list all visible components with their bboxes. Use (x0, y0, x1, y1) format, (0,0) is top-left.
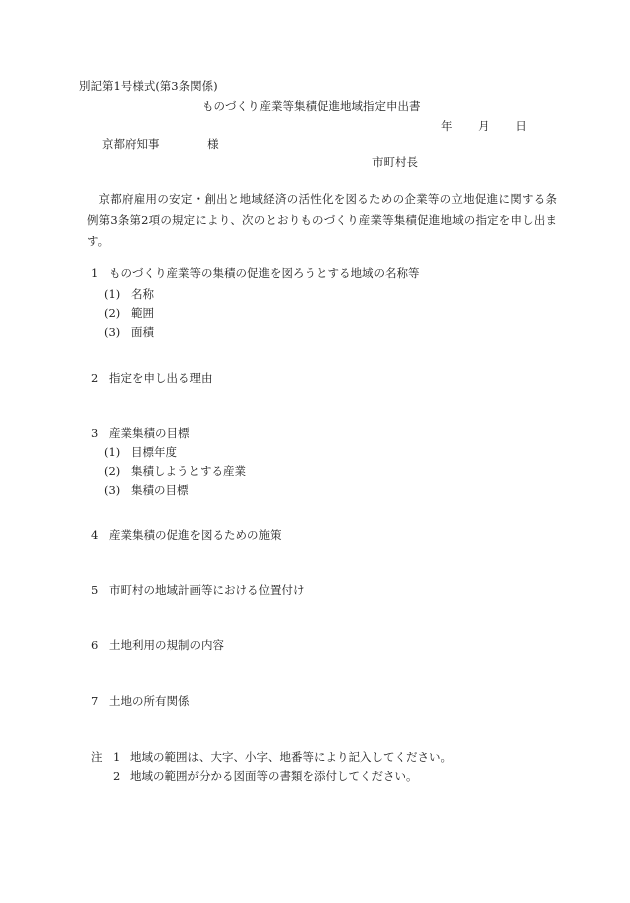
note-1: 注1地域の範囲は、大字、小字、地番等により記入してください。 (91, 752, 452, 764)
date-line: 年 月 日 (441, 121, 527, 133)
section-title: 市町村の地域計画等における位置付け (109, 583, 305, 597)
item-label: 集積しようとする産業 (131, 464, 246, 478)
section-3: 3産業集積の目標 (91, 428, 190, 440)
section-number: 4 (91, 530, 109, 542)
item-label: 面積 (131, 325, 154, 339)
section-title: 指定を申し出る理由 (109, 371, 213, 385)
form-label: 別記第1号様式(第3条関係) (79, 81, 218, 93)
note-number: 1 (113, 752, 130, 764)
item-number: (2) (104, 308, 131, 320)
section-1-item-2: (2)範囲 (104, 308, 154, 320)
section-7: 7土地の所有関係 (91, 696, 190, 708)
section-title: 土地利用の規制の内容 (109, 638, 224, 652)
item-label: 集積の目標 (131, 483, 189, 497)
section-1-item-1: (1)名称 (104, 289, 154, 301)
section-2: 2指定を申し出る理由 (91, 373, 213, 385)
note-label: 注 (91, 752, 113, 764)
item-label: 名称 (131, 287, 154, 301)
date-year: 年 (441, 119, 453, 133)
section-title: 土地の所有関係 (109, 694, 190, 708)
section-1-item-3: (3)面積 (104, 327, 154, 339)
date-month: 月 (478, 119, 490, 133)
item-label: 範囲 (131, 306, 154, 320)
section-number: 2 (91, 373, 109, 385)
body-paragraph: 京都府雇用の安定・創出と地域経済の活性化を図るための企業等の立地促進に関する条例… (87, 189, 557, 252)
section-4: 4産業集積の促進を図るための施策 (91, 530, 282, 542)
item-number: (3) (104, 327, 131, 339)
section-title: 産業集積の目標 (109, 426, 190, 440)
addressee-line: 京都府知事 様 (102, 139, 219, 151)
section-3-item-3: (3)集積の目標 (104, 485, 189, 497)
section-3-item-1: (1)目標年度 (104, 447, 177, 459)
item-number: (2) (104, 466, 131, 478)
note-2: 2地域の範囲が分かる図面等の書類を添付してください。 (113, 771, 418, 783)
section-number: 6 (91, 640, 109, 652)
document-title: ものづくり産業等集積促進地域指定申出書 (202, 101, 421, 113)
section-number: 5 (91, 585, 109, 597)
note-text: 地域の範囲が分かる図面等の書類を添付してください。 (130, 769, 418, 783)
item-number: (1) (104, 289, 131, 301)
note-text: 地域の範囲は、大字、小字、地番等により記入してください。 (130, 750, 452, 764)
section-number: 3 (91, 428, 109, 440)
addressee-suffix: 様 (207, 137, 219, 151)
addressee: 京都府知事 (102, 137, 160, 151)
section-number: 1 (91, 268, 109, 280)
section-6: 6土地利用の規制の内容 (91, 640, 224, 652)
section-5: 5市町村の地域計画等における位置付け (91, 585, 305, 597)
section-1: 1ものづくり産業等の集積の促進を図ろうとする地域の名称等 (91, 268, 420, 280)
item-number: (3) (104, 485, 131, 497)
sender: 市町村長 (372, 157, 418, 169)
item-label: 目標年度 (131, 445, 177, 459)
section-3-item-2: (2)集積しようとする産業 (104, 466, 246, 478)
section-title: ものづくり産業等の集積の促進を図ろうとする地域の名称等 (109, 266, 420, 280)
item-number: (1) (104, 447, 131, 459)
note-number: 2 (113, 771, 130, 783)
date-day: 日 (515, 119, 527, 133)
section-number: 7 (91, 696, 109, 708)
section-title: 産業集積の促進を図るための施策 (109, 528, 282, 542)
